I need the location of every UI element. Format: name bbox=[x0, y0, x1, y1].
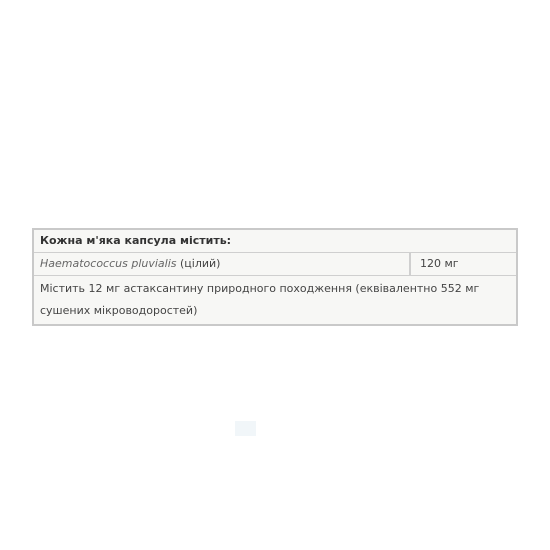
decorative-square bbox=[235, 421, 256, 436]
table-row: Haematococcus pluvialis (цілий) 120 мг bbox=[34, 253, 516, 276]
table-header-row: Кожна м'яка капсула містить: bbox=[34, 230, 516, 253]
table-header: Кожна м'яка капсула містить: bbox=[34, 230, 516, 252]
ingredient-latin-name: Haematococcus pluvialis bbox=[40, 257, 177, 270]
table-note: Містить 12 мг астаксантину природного по… bbox=[34, 276, 516, 324]
ingredient-amount: 120 мг bbox=[411, 253, 516, 275]
ingredient-qualifier: (цілий) bbox=[177, 257, 221, 270]
table-note-row: Містить 12 мг астаксантину природного по… bbox=[34, 276, 516, 324]
ingredient-name: Haematococcus pluvialis (цілий) bbox=[34, 253, 411, 275]
ingredients-table: Кожна м'яка капсула містить: Haematococc… bbox=[32, 228, 518, 326]
